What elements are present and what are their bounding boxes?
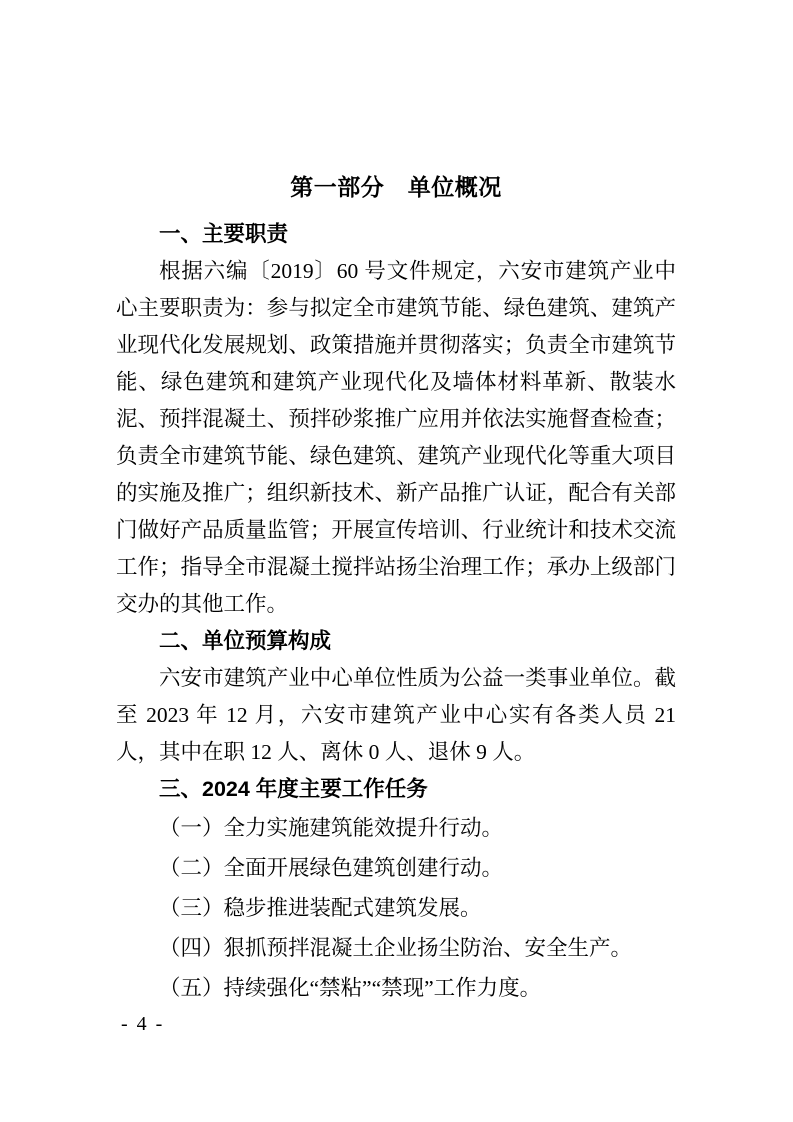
task-item-4: （四）狠抓预拌混凝土企业扬尘防治、安全生产。 — [116, 928, 676, 968]
task-item-5: （五）持续强化“禁粘”“禁现”工作力度。 — [116, 968, 676, 1008]
section-heading-2024-tasks: 三、2024 年度主要工作任务 — [116, 771, 676, 808]
task-item-3: （三）稳步推进装配式建筑发展。 — [116, 888, 676, 928]
task-item-2: （二）全面开展绿色建筑创建行动。 — [116, 848, 676, 888]
section-heading-budget-composition: 二、单位预算构成 — [116, 623, 676, 660]
paragraph-main-duties: 根据六编〔2019〕60 号文件规定，六安市建筑产业中心主要职责为：参与拟定全市… — [116, 253, 676, 623]
page-number: - 4 - — [121, 1013, 164, 1036]
section-heading-main-duties: 一、主要职责 — [116, 216, 676, 253]
page-content: 第一部分 单位概况 一、主要职责 根据六编〔2019〕60 号文件规定，六安市建… — [116, 172, 676, 1008]
paragraph-budget-composition: 六安市建筑产业中心单位性质为公益一类事业单位。截至 2023 年 12 月，六安… — [116, 660, 676, 771]
document-page: 第一部分 单位概况 一、主要职责 根据六编〔2019〕60 号文件规定，六安市建… — [0, 0, 793, 1122]
task-item-1: （一）全力实施建筑能效提升行动。 — [116, 808, 676, 848]
page-title: 第一部分 单位概况 — [116, 172, 676, 202]
